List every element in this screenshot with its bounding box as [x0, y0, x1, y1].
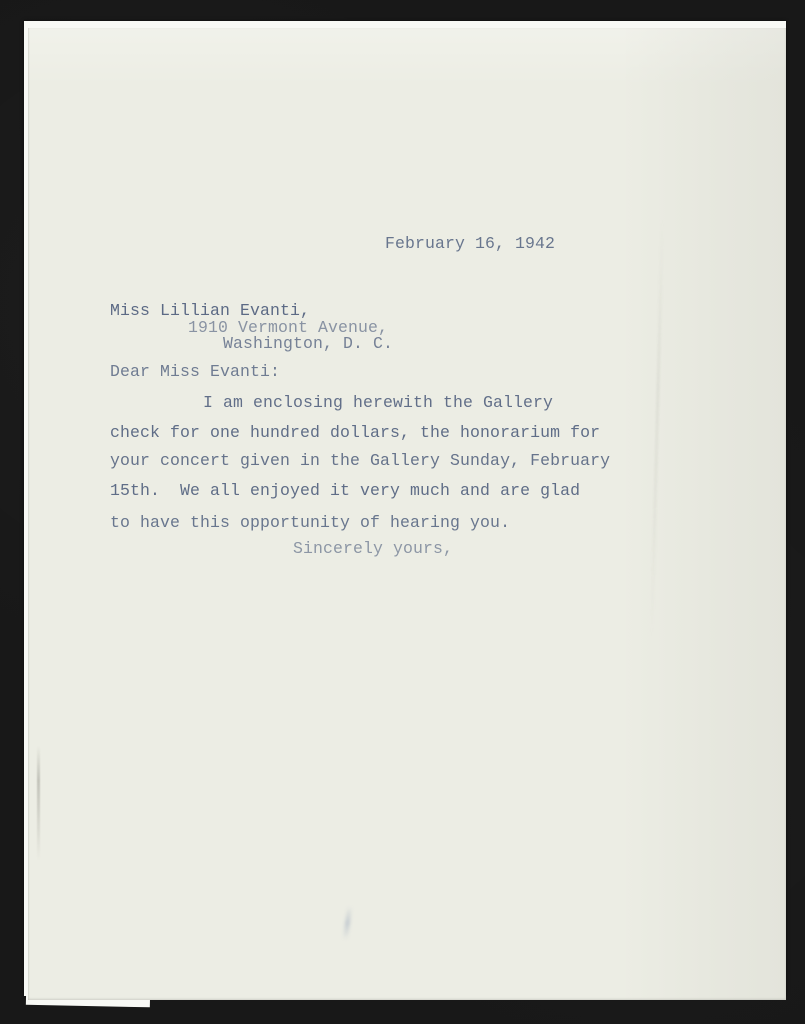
body-line-4: 15th. We all enjoyed it very much and ar…	[110, 481, 580, 501]
body-line-5: to have this opportunity of hearing you.	[110, 513, 510, 533]
salutation: Dear Miss Evanti:	[110, 362, 280, 382]
body-line-1: I am enclosing herewith the Gallery	[203, 393, 553, 413]
closing: Sincerely yours,	[293, 539, 453, 559]
body-line-2: check for one hundred dollars, the honor…	[110, 423, 600, 443]
letter-paper: February 16, 1942 Miss Lillian Evanti, 1…	[28, 28, 786, 1000]
typewritten-text-layer: February 16, 1942 Miss Lillian Evanti, 1…	[28, 28, 786, 1000]
recipient-city-line: Washington, D. C.	[223, 334, 393, 354]
letter-date: February 16, 1942	[385, 234, 555, 254]
body-line-3: your concert given in the Gallery Sunday…	[110, 451, 610, 471]
